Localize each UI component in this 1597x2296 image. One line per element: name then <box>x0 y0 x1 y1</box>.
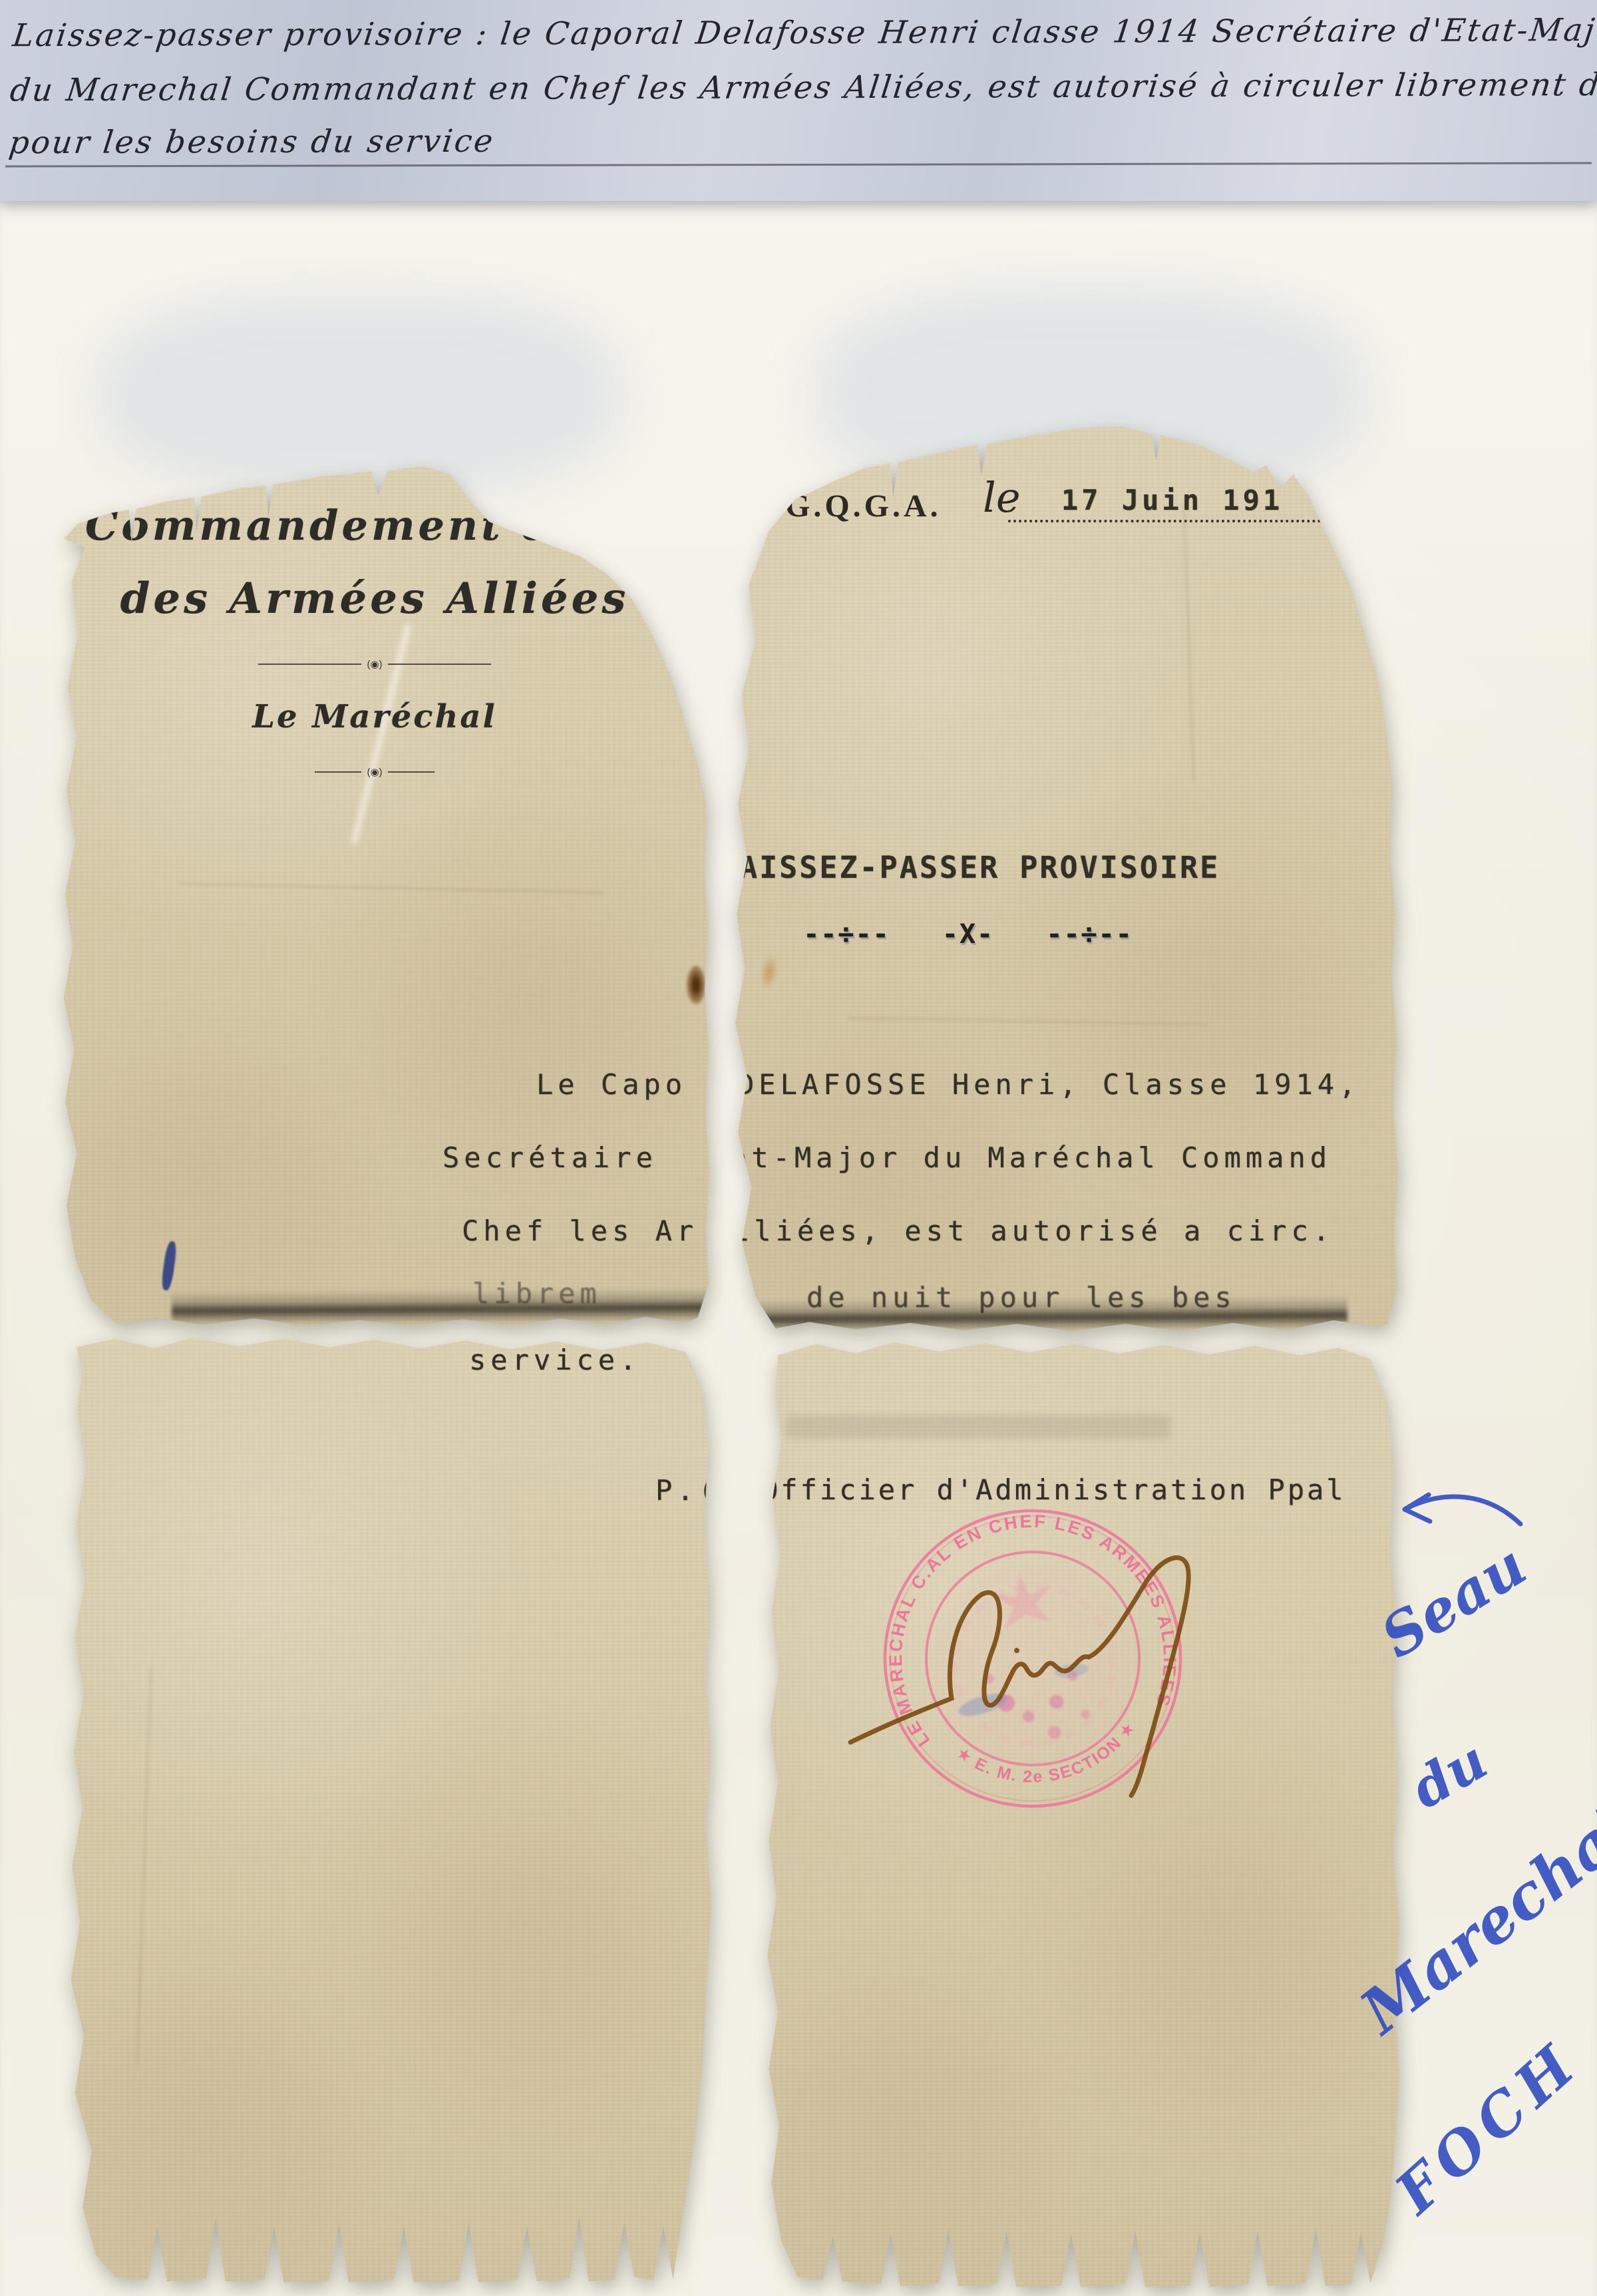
paper-right-bottom: Officier d'Administration Ppal <box>759 1336 1403 2288</box>
letterhead-line-1: Commandement en Chef <box>85 501 664 550</box>
body-line1-right: DELAFOSSE Henri, Classe 1914, <box>737 1068 1360 1101</box>
signoff-left: P.( <box>655 1474 720 1507</box>
document-right-bottom-fragment: Officier d'Administration Ppal <box>759 1336 1403 2288</box>
typed-date: 17 Juin 191 <box>1061 484 1283 516</box>
handwritten-note-strip: Laissez-passer provisoire : le Caporal D… <box>0 0 1597 201</box>
ornament-divider-2: (◉) <box>315 766 435 778</box>
ink-stain <box>687 966 705 1004</box>
note-line-1: Laissez-passer provisoire : le Caporal D… <box>11 12 1597 54</box>
note-line-3: pour les besoins du service <box>7 123 497 162</box>
body-line3-right: lliées, est autorisé a circ. <box>733 1215 1334 1247</box>
body-line3-left: Chef les Ar <box>462 1215 698 1247</box>
body-line5: service. <box>469 1344 641 1376</box>
ornament-glyph: (◉) <box>367 766 382 778</box>
ornament-divider-1: (◉) <box>258 658 491 670</box>
paper-left-top: Commandement en Chef des Armées Alliées … <box>59 461 711 1326</box>
scanned-document-photo: Laissez-passer provisoire : le Caporal D… <box>0 0 1597 2296</box>
letterhead-line-2: des Armées Alliées <box>85 574 664 624</box>
paper-grain <box>63 1333 712 2283</box>
body-line2-left: Secrétaire <box>443 1141 657 1174</box>
fold-smear <box>755 1295 1347 1334</box>
note-line-2: du Marechal Commandant en Chef les Armée… <box>8 67 1597 109</box>
blue-arrow-icon <box>1387 1483 1531 1539</box>
ghost-typing-smudge <box>785 1415 1171 1439</box>
pass-title: AISSEZ-PASSER PROVISOIRE <box>739 850 1220 885</box>
document-left-bottom-fragment: service. P.( <box>63 1333 712 2283</box>
letterhead: Commandement en Chef des Armées Alliées … <box>85 501 664 778</box>
printed-le: le <box>983 473 1021 522</box>
dotted-date-line <box>1008 520 1331 522</box>
paper-right-top: G.Q.G.A. le 17 Juin 191 AISSEZ-PASSER PR… <box>729 421 1401 1333</box>
ornament-glyph: (◉) <box>367 658 382 670</box>
typed-divider: --÷-- -X- --÷-- <box>795 919 1141 950</box>
hq-abbreviation: G.Q.G.A. <box>785 488 942 524</box>
document-right-top-fragment: G.Q.G.A. le 17 Juin 191 AISSEZ-PASSER PR… <box>729 421 1401 1333</box>
body-line2-right: at-Major du Maréchal Command <box>730 1141 1331 1174</box>
body-line1-left: Le Capo <box>536 1068 687 1101</box>
officer-signature <box>845 1531 1244 1810</box>
document-left-top-fragment: Commandement en Chef des Armées Alliées … <box>59 461 711 1326</box>
ruled-line <box>5 162 1592 168</box>
paper-left-bottom: service. P.( <box>63 1333 712 2283</box>
letterhead-subtitle: Le Maréchal <box>85 698 664 735</box>
fold-smear <box>172 1287 717 1326</box>
